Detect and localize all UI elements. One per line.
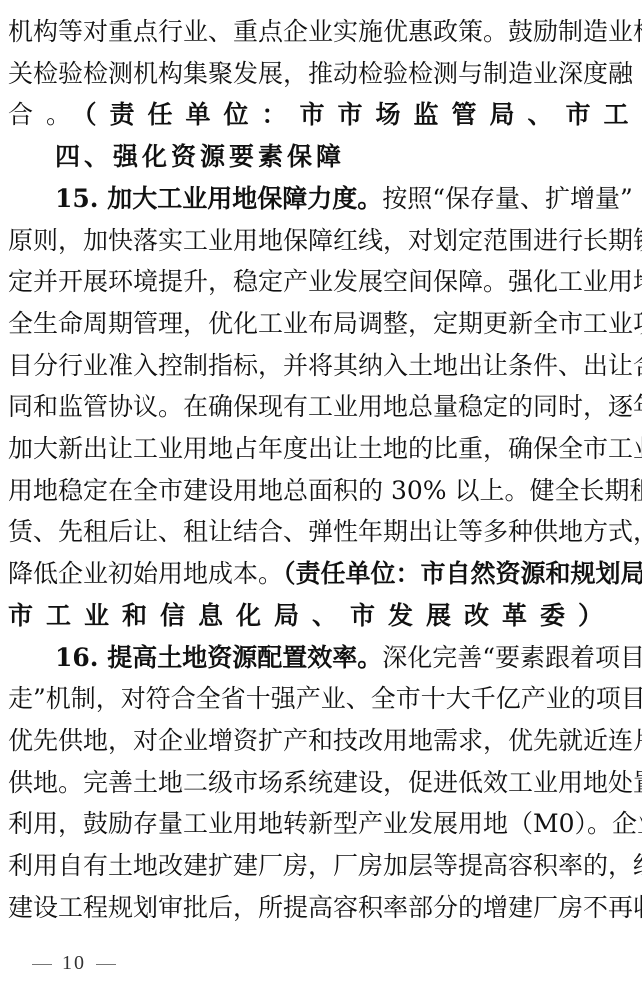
body-text: 合。 bbox=[8, 100, 84, 129]
text-line: 目分行业准入控制指标，并将其纳入土地出让条件、出让合 bbox=[8, 348, 622, 384]
body-text: 优先供地，对企业增资扩产和技改用地需求，优先就近连片 bbox=[8, 726, 642, 755]
text-line: 建设工程规划审批后，所提高容积率部分的增建厂房不再收 bbox=[8, 890, 622, 926]
text-line: 供地。完善土地二级市场系统建设，促进低效工业用地处置 bbox=[8, 765, 622, 801]
paragraph-first-line: 15. 加大工业用地保障力度。按照“保存量、扩增量” bbox=[55, 181, 622, 217]
text-line: 走”机制，对符合全省十强产业、全市十大千亿产业的项目 bbox=[8, 681, 622, 717]
body-text: 赁、先租后让、租让结合、弹性年期出让等多种供地方式， bbox=[8, 517, 642, 546]
text-line: 赁、先租后让、租让结合、弹性年期出让等多种供地方式， bbox=[8, 514, 622, 550]
body-text: 定并开展环境提升，稳定产业发展空间保障。强化工业用地 bbox=[8, 267, 642, 296]
body-text: 机构等对重点行业、重点企业实施优惠政策。鼓励制造业相 bbox=[8, 17, 642, 46]
emphasis-text: 16. 提高土地资源配置效率。 bbox=[55, 643, 382, 672]
emphasis-text: 四、强化资源要素保障 bbox=[55, 142, 345, 171]
emphasis-text: 市工业和信息化局、市发展改革委） bbox=[8, 601, 616, 630]
page-number: 10 bbox=[22, 948, 126, 978]
text-line: 利用自有土地改建扩建厂房，厂房加层等提高容积率的，经 bbox=[8, 848, 622, 884]
body-text: 同和监管协议。在确保现有工业用地总量稳定的同时，逐年 bbox=[8, 392, 642, 421]
text-line: 用地稳定在全市建设用地总面积的 30% 以上。健全长期租 bbox=[8, 473, 622, 509]
text-line: 原则，加快落实工业用地保障红线，对划定范围进行长期锁 bbox=[8, 223, 622, 259]
text-line: 利用，鼓励存量工业用地转新型产业发展用地（M0）。企业 bbox=[8, 806, 622, 842]
body-text: 利用，鼓励存量工业用地转新型产业发展用地（M0）。企业 bbox=[8, 809, 642, 838]
text-line: 市工业和信息化局、市发展改革委） bbox=[8, 598, 622, 634]
body-text: 深化完善“要素跟着项目 bbox=[382, 643, 642, 672]
text-line: 降低企业初始用地成本。（责任单位：市自然资源和规划局、 bbox=[8, 556, 622, 592]
body-text: 利用自有土地改建扩建厂房，厂房加层等提高容积率的，经 bbox=[8, 851, 642, 880]
emphasis-text: （责任单位：市自然资源和规划局、 bbox=[283, 559, 642, 588]
text-line: 合。（责任单位：市市场监管局、市工业和信息化局） bbox=[8, 97, 622, 133]
text-line: 机构等对重点行业、重点企业实施优惠政策。鼓励制造业相 bbox=[8, 14, 622, 50]
body-text: 供地。完善土地二级市场系统建设，促进低效工业用地处置 bbox=[8, 768, 642, 797]
body-text: 走”机制，对符合全省十强产业、全市十大千亿产业的项目 bbox=[8, 684, 642, 713]
text-line: 同和监管协议。在确保现有工业用地总量稳定的同时，逐年 bbox=[8, 389, 622, 425]
text-line: 关检验检测机构集聚发展，推动检验检测与制造业深度融 bbox=[8, 56, 622, 92]
paragraph-first-line: 16. 提高土地资源配置效率。深化完善“要素跟着项目 bbox=[55, 640, 622, 676]
emphasis-text: 15. 加大工业用地保障力度。 bbox=[55, 184, 382, 213]
body-text: 用地稳定在全市建设用地总面积的 30% 以上。健全长期租 bbox=[8, 476, 642, 505]
text-line: 加大新出让工业用地占年度出让土地的比重，确保全市工业 bbox=[8, 431, 622, 467]
text-line: 定并开展环境提升，稳定产业发展空间保障。强化工业用地 bbox=[8, 264, 622, 300]
body-text: 原则，加快落实工业用地保障红线，对划定范围进行长期锁 bbox=[8, 226, 642, 255]
body-text: 加大新出让工业用地占年度出让土地的比重，确保全市工业 bbox=[8, 434, 642, 463]
body-text: 关检验检测机构集聚发展，推动检验检测与制造业深度融 bbox=[8, 59, 633, 88]
body-text: 目分行业准入控制指标，并将其纳入土地出让条件、出让合 bbox=[8, 351, 642, 380]
body-text: 降低企业初始用地成本。 bbox=[8, 559, 283, 588]
emphasis-text: （责任单位：市市场监管局、市工业和信息化局） bbox=[84, 100, 642, 129]
document-page: 机构等对重点行业、重点企业实施优惠政策。鼓励制造业相关检验检测机构集聚发展，推动… bbox=[0, 0, 642, 1000]
dash-left bbox=[32, 964, 52, 965]
text-line: 全生命周期管理，优化工业布局调整，定期更新全市工业项 bbox=[8, 306, 622, 342]
body-text: 建设工程规划审批后，所提高容积率部分的增建厂房不再收 bbox=[8, 893, 642, 922]
page-number-value: 10 bbox=[62, 952, 86, 974]
text-line: 优先供地，对企业增资扩产和技改用地需求，优先就近连片 bbox=[8, 723, 622, 759]
dash-right bbox=[96, 964, 116, 965]
body-text: 按照“保存量、扩增量” bbox=[382, 184, 633, 213]
body-text: 全生命周期管理，优化工业布局调整，定期更新全市工业项 bbox=[8, 309, 642, 338]
section-heading: 四、强化资源要素保障 bbox=[55, 139, 622, 175]
